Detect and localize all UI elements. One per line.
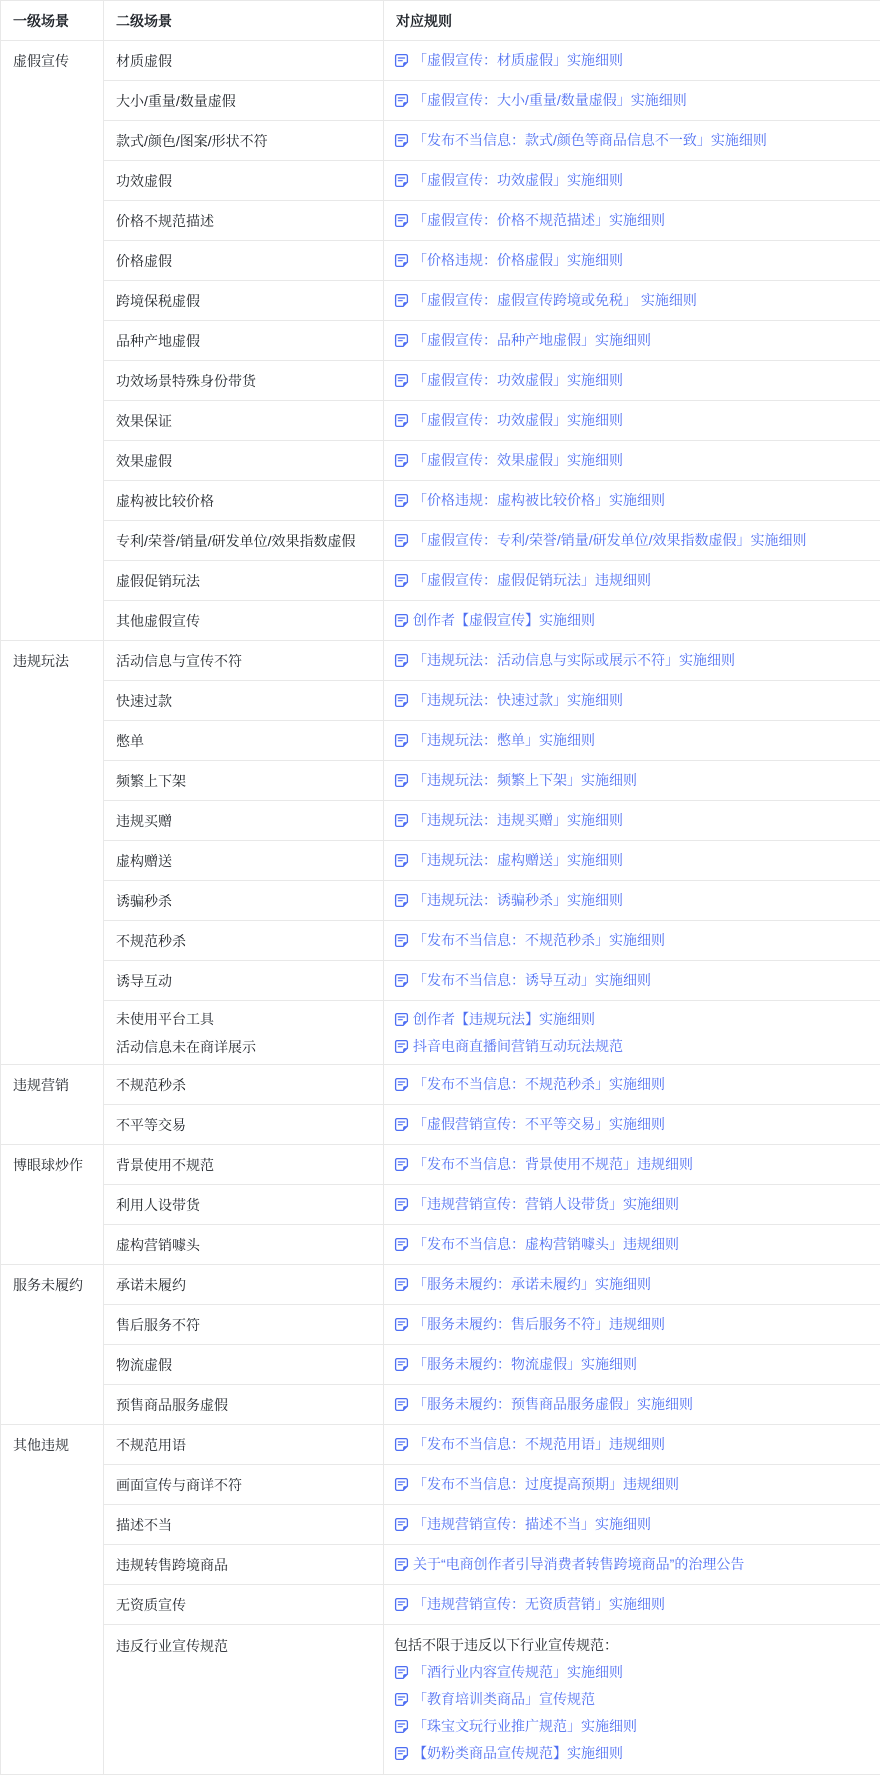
- rule-link[interactable]: 「虚假宣传：功效虚假」实施细则: [394, 167, 623, 194]
- rule-link[interactable]: 「违规玩法：虚构赠送」实施细则: [394, 847, 623, 874]
- document-icon: [394, 1719, 409, 1734]
- table-row: 服务未履约承诺未履约「服务未履约：承诺未履约」实施细则: [1, 1265, 880, 1305]
- document-icon: [394, 1517, 409, 1532]
- rules-cell: 关于“电商创作者引导消费者转售跨境商品”的治理公告: [384, 1545, 880, 1585]
- rule-link-label: 「发布不当信息：虚构营销噱头」违规细则: [413, 1231, 679, 1258]
- rule-link[interactable]: 「价格违规：价格虚假」实施细则: [394, 247, 623, 274]
- rule-link-label: 「虚假宣传：虚假促销玩法」违规细则: [413, 567, 651, 594]
- level2-scene-label: 憋单: [116, 727, 371, 755]
- level2-scene-cell: 预售商品服务虚假: [104, 1385, 384, 1425]
- rule-line: 「发布不当信息：过度提高预期」违规细则: [394, 1471, 870, 1498]
- table-row: 效果保证「虚假宣传：功效虚假」实施细则: [1, 401, 880, 441]
- rule-line: 「违规营销宣传：营销人设带货」实施细则: [394, 1191, 870, 1218]
- table-row: 虚构被比较价格「价格违规：虚构被比较价格」实施细则: [1, 481, 880, 521]
- rule-link-label: 「虚假宣传：专利/荣誉/销量/研发单位/效果指数虚假」实施细则: [413, 527, 807, 554]
- rule-link[interactable]: 「违规玩法：活动信息与实际或展示不符」实施细则: [394, 647, 735, 674]
- rule-link[interactable]: 「发布不当信息：过度提高预期」违规细则: [394, 1471, 679, 1498]
- rule-link[interactable]: 「违规营销宣传：无资质营销」实施细则: [394, 1591, 665, 1618]
- rules-cell: 「虚假宣传：材质虚假」实施细则: [384, 41, 880, 81]
- level2-scene-cell: 售后服务不符: [104, 1305, 384, 1345]
- level2-scene-cell: 违规买赠: [104, 801, 384, 841]
- table-row: 售后服务不符「服务未履约：售后服务不符」违规细则: [1, 1305, 880, 1345]
- rule-line: 「违规玩法：虚构赠送」实施细则: [394, 847, 870, 874]
- table-row: 物流虚假「服务未履约：物流虚假」实施细则: [1, 1345, 880, 1385]
- level2-scene-cell: 价格不规范描述: [104, 201, 384, 241]
- rule-link[interactable]: 「虚假宣传：虚假促销玩法」违规细则: [394, 567, 651, 594]
- rules-cell: 「违规玩法：虚构赠送」实施细则: [384, 841, 880, 881]
- rule-link[interactable]: 「违规营销宣传：描述不当」实施细则: [394, 1511, 651, 1538]
- rule-link[interactable]: 「酒行业内容宣传规范」实施细则: [394, 1659, 623, 1686]
- rule-link[interactable]: 「违规玩法：憋单」实施细则: [394, 727, 595, 754]
- document-icon: [394, 1317, 409, 1332]
- table-row: 虚构营销噱头「发布不当信息：虚构营销噱头」违规细则: [1, 1225, 880, 1265]
- rule-line: 「发布不当信息：不规范用语」违规细则: [394, 1431, 870, 1458]
- rule-line: 「发布不当信息：不规范秒杀」实施细则: [394, 927, 870, 954]
- document-icon: [394, 1117, 409, 1132]
- rule-line: 「发布不当信息：背景使用不规范」违规细则: [394, 1151, 870, 1178]
- rule-link-label: 「发布不当信息：不规范秒杀」实施细则: [413, 1071, 665, 1098]
- level2-scene-label: 价格不规范描述: [116, 207, 371, 235]
- rule-link-label: 「虚假宣传：功效虚假」实施细则: [413, 167, 623, 194]
- level2-scene-label: 大小/重量/数量虚假: [116, 87, 371, 115]
- level2-scene-cell: 无资质宣传: [104, 1585, 384, 1625]
- rule-line: 「服务未履约：承诺未履约」实施细则: [394, 1271, 870, 1298]
- table-row: 其他违规不规范用语「发布不当信息：不规范用语」违规细则: [1, 1425, 880, 1465]
- rule-line: 「发布不当信息：虚构营销噱头」违规细则: [394, 1231, 870, 1258]
- rule-line: 「虚假宣传：虚假促销玩法」违规细则: [394, 567, 870, 594]
- level2-scene-cell: 虚构赠送: [104, 841, 384, 881]
- rules-cell: 「虚假宣传：虚假宣传跨境或免税」 实施细则: [384, 281, 880, 321]
- rule-link-label: 「发布不当信息：款式/颜色等商品信息不一致」实施细则: [413, 127, 767, 154]
- level2-scene-cell: 品种产地虚假: [104, 321, 384, 361]
- rules-cell: 「发布不当信息：款式/颜色等商品信息不一致」实施细则: [384, 121, 880, 161]
- document-icon: [394, 93, 409, 108]
- level2-scene-cell: 违反行业宣传规范: [104, 1625, 384, 1775]
- rule-link[interactable]: 创作者【违规玩法】实施细则: [394, 1006, 595, 1033]
- rules-cell: 「虚假宣传：大小/重量/数量虚假」实施细则: [384, 81, 880, 121]
- rule-link-label: 「违规营销宣传：无资质营销」实施细则: [413, 1591, 665, 1618]
- level2-scene-label: 违反行业宣传规范: [116, 1632, 371, 1660]
- rule-line: 「发布不当信息：不规范秒杀」实施细则: [394, 1071, 870, 1098]
- rule-link[interactable]: 「发布不当信息：不规范秒杀」实施细则: [394, 927, 665, 954]
- table-row: 利用人设带货「违规营销宣传：营销人设带货」实施细则: [1, 1185, 880, 1225]
- rule-link[interactable]: 「发布不当信息：诱导互动」实施细则: [394, 967, 651, 994]
- rule-link[interactable]: 「虚假营销宣传：不平等交易」实施细则: [394, 1111, 665, 1138]
- header-row: 一级场景 二级场景 对应规则: [1, 1, 880, 41]
- rules-cell: 「服务未履约：预售商品服务虚假」实施细则: [384, 1385, 880, 1425]
- document-icon: [394, 533, 409, 548]
- rule-link[interactable]: 「发布不当信息：背景使用不规范」违规细则: [394, 1151, 693, 1178]
- document-icon: [394, 373, 409, 388]
- violation-rules-table: 一级场景 二级场景 对应规则 虚假宣传材质虚假「虚假宣传：材质虚假」实施细则大小…: [0, 0, 880, 1775]
- rule-link[interactable]: 「虚假宣传：专利/荣誉/销量/研发单位/效果指数虚假」实施细则: [394, 527, 807, 554]
- rule-link-label: 「违规营销宣传：营销人设带货」实施细则: [413, 1191, 679, 1218]
- level2-scene-cell: 效果虚假: [104, 441, 384, 481]
- rule-link-label: 「教育培训类商品」宣传规范: [413, 1686, 595, 1713]
- level2-scene-label: 专利/荣誉/销量/研发单位/效果指数虚假: [116, 527, 371, 555]
- rule-link[interactable]: 「服务未履约：预售商品服务虚假」实施细则: [394, 1391, 693, 1418]
- level2-scene-label: 诱导互动: [116, 967, 371, 995]
- level2-scene-label: 不规范秒杀: [116, 927, 371, 955]
- level2-scene-label: 诱骗秒杀: [116, 887, 371, 915]
- rule-line: 「违规玩法：违规买赠」实施细则: [394, 807, 870, 834]
- level2-scene-cell: 虚构被比较价格: [104, 481, 384, 521]
- document-icon: [394, 1437, 409, 1452]
- level2-scene-label: 违规买赠: [116, 807, 371, 835]
- level2-scene-cell: 款式/颜色/图案/形状不符: [104, 121, 384, 161]
- document-icon: [394, 413, 409, 428]
- rule-link[interactable]: 关于“电商创作者引导消费者转售跨境商品”的治理公告: [394, 1551, 744, 1578]
- rule-link-label: 「发布不当信息：过度提高预期」违规细则: [413, 1471, 679, 1498]
- rule-link-label: 「虚假宣传：品种产地虚假」实施细则: [413, 327, 651, 354]
- document-icon: [394, 173, 409, 188]
- table-row: 博眼球炒作背景使用不规范「发布不当信息：背景使用不规范」违规细则: [1, 1145, 880, 1185]
- rule-link-label: 创作者【虚假宣传】实施细则: [413, 607, 595, 634]
- rules-cell: 「发布不当信息：背景使用不规范」违规细则: [384, 1145, 880, 1185]
- rule-line: 「违规营销宣传：描述不当」实施细则: [394, 1511, 870, 1538]
- rule-link-label: 「违规玩法：虚构赠送」实施细则: [413, 847, 623, 874]
- rules-cell: 「虚假宣传：功效虚假」实施细则: [384, 401, 880, 441]
- level1-scene-cell: 违规玩法: [1, 641, 104, 1065]
- rule-link[interactable]: 「价格违规：虚构被比较价格」实施细则: [394, 487, 665, 514]
- rule-link[interactable]: 「违规玩法：频繁上下架」实施细则: [394, 767, 637, 794]
- level2-scene-cell: 虚构营销噱头: [104, 1225, 384, 1265]
- rules-cell: 创作者【违规玩法】实施细则抖音电商直播间营销互动玩法规范: [384, 1001, 880, 1065]
- table-row: 不规范秒杀「发布不当信息：不规范秒杀」实施细则: [1, 921, 880, 961]
- rule-line: 「虚假宣传：功效虚假」实施细则: [394, 407, 870, 434]
- level2-scene-cell: 其他虚假宣传: [104, 601, 384, 641]
- rules-cell: 「违规玩法：活动信息与实际或展示不符」实施细则: [384, 641, 880, 681]
- rule-line: 「虚假宣传：材质虚假」实施细则: [394, 47, 870, 74]
- rules-intro-text: 包括不限于违反以下行业宣传规范：: [394, 1632, 870, 1659]
- level2-scene-label: 品种产地虚假: [116, 327, 371, 355]
- level2-scene-cell: 背景使用不规范: [104, 1145, 384, 1185]
- rule-link-label: 「虚假宣传：虚假宣传跨境或免税」 实施细则: [413, 287, 697, 314]
- document-icon: [394, 293, 409, 308]
- rules-cell: 「发布不当信息：过度提高预期」违规细则: [384, 1465, 880, 1505]
- level2-scene-cell: 憋单: [104, 721, 384, 761]
- document-icon: [394, 1692, 409, 1707]
- rule-line: 「虚假宣传：功效虚假」实施细则: [394, 367, 870, 394]
- level1-scene-cell: 其他违规: [1, 1425, 104, 1775]
- level2-scene-label: 虚构赠送: [116, 847, 371, 875]
- rule-link[interactable]: 「虚假宣传：价格不规范描述」实施细则: [394, 207, 665, 234]
- rule-link[interactable]: 【奶粉类商品宣传规范】实施细则: [394, 1740, 623, 1767]
- level2-scene-cell: 不规范秒杀: [104, 921, 384, 961]
- document-icon: [394, 1012, 409, 1027]
- level2-scene-cell: 快速过款: [104, 681, 384, 721]
- table-row: 无资质宣传「违规营销宣传：无资质营销」实施细则: [1, 1585, 880, 1625]
- level2-scene-cell: 价格虚假: [104, 241, 384, 281]
- rule-line: 关于“电商创作者引导消费者转售跨境商品”的治理公告: [394, 1551, 870, 1578]
- rules-cell: 「发布不当信息：不规范秒杀」实施细则: [384, 1065, 880, 1105]
- rule-line: 创作者【虚假宣传】实施细则: [394, 607, 870, 634]
- rule-line: 【奶粉类商品宣传规范】实施细则: [394, 1740, 870, 1767]
- table-row: 其他虚假宣传创作者【虚假宣传】实施细则: [1, 601, 880, 641]
- table-header: 一级场景 二级场景 对应规则: [1, 1, 880, 41]
- rule-line: 「虚假宣传：品种产地虚假」实施细则: [394, 327, 870, 354]
- rule-link[interactable]: 抖音电商直播间营销互动玩法规范: [394, 1033, 623, 1060]
- rule-link[interactable]: 「发布不当信息：不规范秒杀」实施细则: [394, 1071, 665, 1098]
- rule-link-label: 创作者【违规玩法】实施细则: [413, 1006, 595, 1033]
- rules-cell: 「虚假宣传：专利/荣誉/销量/研发单位/效果指数虚假」实施细则: [384, 521, 880, 561]
- document-icon: [394, 333, 409, 348]
- rule-line: 「虚假宣传：专利/荣誉/销量/研发单位/效果指数虚假」实施细则: [394, 527, 870, 554]
- document-icon: [394, 1237, 409, 1252]
- document-icon: [394, 1477, 409, 1492]
- rules-cell: 「违规玩法：违规买赠」实施细则: [384, 801, 880, 841]
- document-icon: [394, 213, 409, 228]
- table-row: 不平等交易「虚假营销宣传：不平等交易」实施细则: [1, 1105, 880, 1145]
- level2-scene-label: 功效虚假: [116, 167, 371, 195]
- rules-cell: 「虚假宣传：虚假促销玩法」违规细则: [384, 561, 880, 601]
- table-row: 款式/颜色/图案/形状不符「发布不当信息：款式/颜色等商品信息不一致」实施细则: [1, 121, 880, 161]
- level2-scene-label: 款式/颜色/图案/形状不符: [116, 127, 371, 155]
- rule-link-label: 「虚假宣传：功效虚假」实施细则: [413, 367, 623, 394]
- rule-link[interactable]: 创作者【虚假宣传】实施细则: [394, 607, 595, 634]
- rule-link-label: 「服务未履约：承诺未履约」实施细则: [413, 1271, 651, 1298]
- table-row: 画面宣传与商详不符「发布不当信息：过度提高预期」违规细则: [1, 1465, 880, 1505]
- rule-line: 「服务未履约：预售商品服务虚假」实施细则: [394, 1391, 870, 1418]
- document-icon: [394, 853, 409, 868]
- rules-cell: 「虚假宣传：品种产地虚假」实施细则: [384, 321, 880, 361]
- rules-cell: 「虚假宣传：效果虚假」实施细则: [384, 441, 880, 481]
- rule-link-label: 「服务未履约：售后服务不符」违规细则: [413, 1311, 665, 1338]
- table-row: 虚构赠送「违规玩法：虚构赠送」实施细则: [1, 841, 880, 881]
- rule-link-label: 「违规玩法：快速过款」实施细则: [413, 687, 623, 714]
- document-icon: [394, 53, 409, 68]
- rules-cell: 「违规营销宣传：营销人设带货」实施细则: [384, 1185, 880, 1225]
- level2-scene-label: 利用人设带货: [116, 1191, 371, 1219]
- rule-line: 「价格违规：虚构被比较价格」实施细则: [394, 487, 870, 514]
- level2-scene-label: 不规范用语: [116, 1431, 371, 1459]
- document-icon: [394, 813, 409, 828]
- document-icon: [394, 133, 409, 148]
- table-row: 违反行业宣传规范包括不限于违反以下行业宣传规范：「酒行业内容宣传规范」实施细则「…: [1, 1625, 880, 1775]
- document-icon: [394, 1557, 409, 1572]
- table-row: 描述不当「违规营销宣传：描述不当」实施细则: [1, 1505, 880, 1545]
- level2-scene-cell: 专利/荣誉/销量/研发单位/效果指数虚假: [104, 521, 384, 561]
- level2-scene-label: 快速过款: [116, 687, 371, 715]
- table-row: 品种产地虚假「虚假宣传：品种产地虚假」实施细则: [1, 321, 880, 361]
- table-row: 未使用平台工具活动信息未在商详展示创作者【违规玩法】实施细则抖音电商直播间营销互…: [1, 1001, 880, 1065]
- rule-link[interactable]: 「虚假宣传：材质虚假」实施细则: [394, 47, 623, 74]
- rule-link[interactable]: 「违规玩法：快速过款」实施细则: [394, 687, 623, 714]
- rule-link[interactable]: 「珠宝文玩行业推广规范」实施细则: [394, 1713, 637, 1740]
- table-row: 违规转售跨境商品关于“电商创作者引导消费者转售跨境商品”的治理公告: [1, 1545, 880, 1585]
- rule-link-label: 「违规玩法：憋单」实施细则: [413, 727, 595, 754]
- rules-cell: 「发布不当信息：不规范用语」违规细则: [384, 1425, 880, 1465]
- rule-line: 「违规玩法：快速过款」实施细则: [394, 687, 870, 714]
- level2-scene-cell: 功效虚假: [104, 161, 384, 201]
- level2-scene-cell: 大小/重量/数量虚假: [104, 81, 384, 121]
- rule-link-label: 「珠宝文玩行业推广规范」实施细则: [413, 1713, 637, 1740]
- table-row: 频繁上下架「违规玩法：频繁上下架」实施细则: [1, 761, 880, 801]
- document-icon: [394, 1597, 409, 1612]
- rule-line: 「违规玩法：频繁上下架」实施细则: [394, 767, 870, 794]
- rule-link[interactable]: 「发布不当信息：不规范用语」违规细则: [394, 1431, 665, 1458]
- rule-link-label: 「发布不当信息：背景使用不规范」违规细则: [413, 1151, 693, 1178]
- rule-line: 「发布不当信息：款式/颜色等商品信息不一致」实施细则: [394, 127, 870, 154]
- rule-line: 「违规玩法：活动信息与实际或展示不符」实施细则: [394, 647, 870, 674]
- table-row: 虚假促销玩法「虚假宣传：虚假促销玩法」违规细则: [1, 561, 880, 601]
- table-body: 虚假宣传材质虚假「虚假宣传：材质虚假」实施细则大小/重量/数量虚假「虚假宣传：大…: [1, 41, 880, 1775]
- rule-line: 「虚假宣传：功效虚假」实施细则: [394, 167, 870, 194]
- document-icon: [394, 733, 409, 748]
- level2-scene-cell: 描述不当: [104, 1505, 384, 1545]
- rules-cell: 创作者【虚假宣传】实施细则: [384, 601, 880, 641]
- rules-cell: 「虚假宣传：功效虚假」实施细则: [384, 161, 880, 201]
- level2-scene-cell: 诱骗秒杀: [104, 881, 384, 921]
- rule-link-label: 「虚假宣传：效果虚假」实施细则: [413, 447, 623, 474]
- rule-line: 「违规玩法：憋单」实施细则: [394, 727, 870, 754]
- rule-line: 「虚假宣传：价格不规范描述」实施细则: [394, 207, 870, 234]
- level2-scene-label: 承诺未履约: [116, 1271, 371, 1299]
- rule-link[interactable]: 「发布不当信息：虚构营销噱头」违规细则: [394, 1231, 679, 1258]
- level2-scene-label: 虚构被比较价格: [116, 487, 371, 515]
- rule-link-label: 「违规营销宣传：描述不当」实施细则: [413, 1511, 651, 1538]
- rule-line: 「虚假宣传：虚假宣传跨境或免税」 实施细则: [394, 287, 870, 314]
- rules-cell: 「服务未履约：承诺未履约」实施细则: [384, 1265, 880, 1305]
- rules-cell: 「服务未履约：售后服务不符」违规细则: [384, 1305, 880, 1345]
- rule-link-label: 「服务未履约：物流虚假」实施细则: [413, 1351, 637, 1378]
- level2-scene-label: 描述不当: [116, 1511, 371, 1539]
- level2-scene-cell: 违规转售跨境商品: [104, 1545, 384, 1585]
- level2-scene-label: 其他虚假宣传: [116, 607, 371, 635]
- rule-link-label: 「违规玩法：活动信息与实际或展示不符」实施细则: [413, 647, 735, 674]
- document-icon: [394, 1277, 409, 1292]
- level1-scene-cell: 虚假宣传: [1, 41, 104, 641]
- level2-scene-cell: 未使用平台工具活动信息未在商详展示: [104, 1001, 384, 1065]
- level2-scene-cell: 效果保证: [104, 401, 384, 441]
- rule-link[interactable]: 「服务未履约：承诺未履约」实施细则: [394, 1271, 651, 1298]
- level2-scene-cell: 不规范秒杀: [104, 1065, 384, 1105]
- table-row: 诱导互动「发布不当信息：诱导互动」实施细则: [1, 961, 880, 1001]
- level2-scene-cell: 承诺未履约: [104, 1265, 384, 1305]
- level2-scene-label: 活动信息与宣传不符: [116, 647, 371, 675]
- rule-link-label: 「虚假宣传：材质虚假」实施细则: [413, 47, 623, 74]
- column-header-rules: 对应规则: [384, 1, 880, 41]
- document-icon: [394, 613, 409, 628]
- column-header-level2-scene: 二级场景: [104, 1, 384, 41]
- rule-link-label: 「酒行业内容宣传规范」实施细则: [413, 1659, 623, 1686]
- document-icon: [394, 773, 409, 788]
- rule-line: 「虚假宣传：大小/重量/数量虚假」实施细则: [394, 87, 870, 114]
- rules-cell: 「违规玩法：诱骗秒杀」实施细则: [384, 881, 880, 921]
- rule-link[interactable]: 「虚假宣传：功效虚假」实施细则: [394, 367, 623, 394]
- document-icon: [394, 1077, 409, 1092]
- level2-scene-label: 未使用平台工具: [116, 1005, 371, 1033]
- rule-link[interactable]: 「发布不当信息：款式/颜色等商品信息不一致」实施细则: [394, 127, 767, 154]
- level2-scene-cell: 活动信息与宣传不符: [104, 641, 384, 681]
- level2-scene-label: 无资质宣传: [116, 1591, 371, 1619]
- table-row: 预售商品服务虚假「服务未履约：预售商品服务虚假」实施细则: [1, 1385, 880, 1425]
- level2-scene-cell: 不平等交易: [104, 1105, 384, 1145]
- rule-link[interactable]: 「违规玩法：违规买赠」实施细则: [394, 807, 623, 834]
- document-icon: [394, 493, 409, 508]
- table-row: 效果虚假「虚假宣传：效果虚假」实施细则: [1, 441, 880, 481]
- level2-scene-label: 频繁上下架: [116, 767, 371, 795]
- rule-link[interactable]: 「服务未履约：售后服务不符」违规细则: [394, 1311, 665, 1338]
- level2-scene-label: 虚假促销玩法: [116, 567, 371, 595]
- rule-line: 「虚假营销宣传：不平等交易」实施细则: [394, 1111, 870, 1138]
- level2-scene-label: 材质虚假: [116, 47, 371, 75]
- level1-scene-cell: 博眼球炒作: [1, 1145, 104, 1265]
- document-icon: [394, 1197, 409, 1212]
- table-row: 快速过款「违规玩法：快速过款」实施细则: [1, 681, 880, 721]
- rule-line: 「违规玩法：诱骗秒杀」实施细则: [394, 887, 870, 914]
- level1-scene-cell: 违规营销: [1, 1065, 104, 1145]
- level2-scene-label: 预售商品服务虚假: [116, 1391, 371, 1419]
- rule-line: 抖音电商直播间营销互动玩法规范: [394, 1033, 870, 1060]
- rule-link-label: 「虚假营销宣传：不平等交易」实施细则: [413, 1111, 665, 1138]
- table-row: 违规营销不规范秒杀「发布不当信息：不规范秒杀」实施细则: [1, 1065, 880, 1105]
- table-row: 大小/重量/数量虚假「虚假宣传：大小/重量/数量虚假」实施细则: [1, 81, 880, 121]
- level2-scene-cell: 物流虚假: [104, 1345, 384, 1385]
- document-icon: [394, 933, 409, 948]
- rule-line: 「珠宝文玩行业推广规范」实施细则: [394, 1713, 870, 1740]
- rule-line: 「虚假宣传：效果虚假」实施细则: [394, 447, 870, 474]
- rules-cell: 「违规营销宣传：描述不当」实施细则: [384, 1505, 880, 1545]
- rule-line: 「发布不当信息：诱导互动」实施细则: [394, 967, 870, 994]
- rule-line: 「服务未履约：售后服务不符」违规细则: [394, 1311, 870, 1338]
- rules-cell: 「发布不当信息：虚构营销噱头」违规细则: [384, 1225, 880, 1265]
- rule-link[interactable]: 「违规营销宣传：营销人设带货」实施细则: [394, 1191, 679, 1218]
- table-row: 虚假宣传材质虚假「虚假宣传：材质虚假」实施细则: [1, 41, 880, 81]
- document-icon: [394, 653, 409, 668]
- rule-link[interactable]: 「虚假宣传：品种产地虚假」实施细则: [394, 327, 651, 354]
- rule-link-label: 「发布不当信息：诱导互动」实施细则: [413, 967, 651, 994]
- document-icon: [394, 1665, 409, 1680]
- rule-line: 「价格违规：价格虚假」实施细则: [394, 247, 870, 274]
- level2-scene-label: 背景使用不规范: [116, 1151, 371, 1179]
- rule-link-label: 「服务未履约：预售商品服务虚假」实施细则: [413, 1391, 693, 1418]
- rule-link-label: 「发布不当信息：不规范用语」违规细则: [413, 1431, 665, 1458]
- rule-link[interactable]: 「虚假宣传：虚假宣传跨境或免税」 实施细则: [394, 287, 697, 314]
- rule-line: 「违规营销宣传：无资质营销」实施细则: [394, 1591, 870, 1618]
- level2-scene-label: 售后服务不符: [116, 1311, 371, 1339]
- rule-link[interactable]: 「违规玩法：诱骗秒杀」实施细则: [394, 887, 623, 914]
- rule-link[interactable]: 「虚假宣传：效果虚假」实施细则: [394, 447, 623, 474]
- level2-scene-label: 违规转售跨境商品: [116, 1551, 371, 1579]
- document-icon: [394, 973, 409, 988]
- rule-line: 「酒行业内容宣传规范」实施细则: [394, 1659, 870, 1686]
- level2-scene-label: 不规范秒杀: [116, 1071, 371, 1099]
- level2-scene-cell: 功效场景特殊身份带货: [104, 361, 384, 401]
- rule-link-label: 「违规玩法：违规买赠」实施细则: [413, 807, 623, 834]
- level2-scene-label: 功效场景特殊身份带货: [116, 367, 371, 395]
- rule-link[interactable]: 「虚假宣传：大小/重量/数量虚假」实施细则: [394, 87, 687, 114]
- rules-cell: 「服务未履约：物流虚假」实施细则: [384, 1345, 880, 1385]
- document-icon: [394, 573, 409, 588]
- document-icon: [394, 1157, 409, 1172]
- level2-scene-cell: 虚假促销玩法: [104, 561, 384, 601]
- rule-link-label: 「价格违规：虚构被比较价格」实施细则: [413, 487, 665, 514]
- level2-scene-cell: 频繁上下架: [104, 761, 384, 801]
- rules-cell: 「违规玩法：快速过款」实施细则: [384, 681, 880, 721]
- rules-cell: 「发布不当信息：诱导互动」实施细则: [384, 961, 880, 1001]
- rule-link-label: 「违规玩法：频繁上下架」实施细则: [413, 767, 637, 794]
- table-row: 专利/荣誉/销量/研发单位/效果指数虚假「虚假宣传：专利/荣誉/销量/研发单位/…: [1, 521, 880, 561]
- rules-cell: 包括不限于违反以下行业宣传规范：「酒行业内容宣传规范」实施细则「教育培训类商品」…: [384, 1625, 880, 1775]
- rule-link[interactable]: 「虚假宣传：功效虚假」实施细则: [394, 407, 623, 434]
- level2-scene-cell: 画面宣传与商详不符: [104, 1465, 384, 1505]
- level2-scene-label: 不平等交易: [116, 1111, 371, 1139]
- document-icon: [394, 893, 409, 908]
- rules-cell: 「虚假宣传：功效虚假」实施细则: [384, 361, 880, 401]
- rule-link[interactable]: 「服务未履约：物流虚假」实施细则: [394, 1351, 637, 1378]
- rule-link[interactable]: 「教育培训类商品」宣传规范: [394, 1686, 595, 1713]
